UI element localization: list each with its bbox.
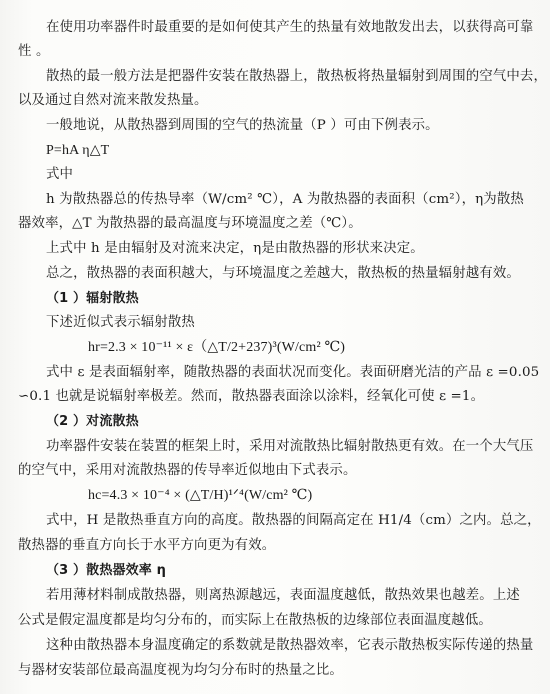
paragraph-emissivity-line1: 式中 ε 是表面辐射率，随散热器的表面状况而变化。表面研磨光洁的产品 ε =0.… bbox=[46, 364, 550, 382]
paragraph-convection-line2: 的空气中，采用对流散热器的传导率近似地由下式表示。 bbox=[18, 462, 538, 480]
paragraph-definitions-line1: h 为散热器总的传热导率（W/cm² ℃），A 为散热器的表面积（cm²），η为… bbox=[46, 191, 550, 209]
paragraph-thin-material-line2: 公式是假定温度都是均匀分布的，而实际上在散热板的边缘部位表面温度越低。 bbox=[18, 612, 538, 630]
paragraph-height-line2: 散热器的垂直方向长于水平方向更为有效。 bbox=[18, 537, 538, 555]
label-where: 式中 bbox=[46, 166, 550, 184]
heading-efficiency: （3 ）散热器效率 η bbox=[46, 562, 550, 580]
formula-p: P=hA η△T bbox=[46, 142, 550, 160]
paragraph-intro-line1: 在使用功率器件时最重要的是如何使其产生的热量有效地散发出去，以获得高可靠 bbox=[46, 19, 550, 37]
paragraph-radiation-intro: 下述近似式表示辐射散热 bbox=[46, 314, 550, 332]
paragraph-method-line1: 散热的最一般方法是把器件安装在散热器上，散热板将热量辐射到周围的空气中去， bbox=[46, 68, 550, 86]
paragraph-definitions-line2: 器效率，△T 为散热器的最高温度与环境温度之差（℃）。 bbox=[18, 215, 538, 233]
paragraph-heatflow: 一般地说，从散热器到周围的空气的热流量（P ）可由下例表示。 bbox=[46, 117, 550, 135]
paragraph-method-line2: 以及通过自然对流来散发热量。 bbox=[18, 92, 538, 110]
heading-radiation: （1 ）辐射散热 bbox=[46, 290, 550, 308]
heading-convection: （2 ）对流散热 bbox=[46, 413, 550, 431]
paragraph-h-eta: 上式中 h 是由辐射及对流来决定，η是由散热器的形状来决定。 bbox=[46, 240, 550, 258]
paragraph-intro-line2: 性 。 bbox=[18, 43, 538, 61]
paragraph-summary: 总之，散热器的表面积越大，与环境温度之差越大，散热板的热量辐射越有效。 bbox=[46, 265, 550, 283]
scanned-page: 在使用功率器件时最重要的是如何使其产生的热量有效地散发出去，以获得高可靠 性 。… bbox=[0, 0, 550, 694]
paragraph-emissivity-line2: ∽0.1 也就是说辐射率极差。然而，散热器表面涂以涂料，经氧化可使 ε =1。 bbox=[18, 388, 538, 406]
paragraph-convection-line1: 功率器件安装在装置的框架上时，采用对流散热比辐射散热更有效。在一个大气压 bbox=[46, 438, 550, 456]
paragraph-height-line1: 式中，H 是散热垂直方向的高度。散热器的间隔高定在 H1/4（cm）之内。总之， bbox=[46, 512, 550, 530]
paragraph-thin-material-line1: 若用薄材料制成散热器，则离热源越远，表面温度越低，散热效果也越差。上述 bbox=[46, 587, 550, 605]
formula-hr: hr=2.3 × 10⁻¹¹ × ε（△T/2+237)³(W/cm² ℃) bbox=[88, 339, 550, 357]
paragraph-efficiency-def-line2: 与器材安装部位最高温度视为均匀分布时的热量之比。 bbox=[18, 662, 538, 680]
paragraph-efficiency-def-line1: 这种由散热器本身温度确定的系数就是散热器效率，它表示散热板实际传递的热量 bbox=[46, 637, 550, 655]
formula-hc: hc=4.3 × 10⁻⁴ × (△T/H)¹ᐟ⁴(W/cm² ℃) bbox=[88, 487, 550, 505]
